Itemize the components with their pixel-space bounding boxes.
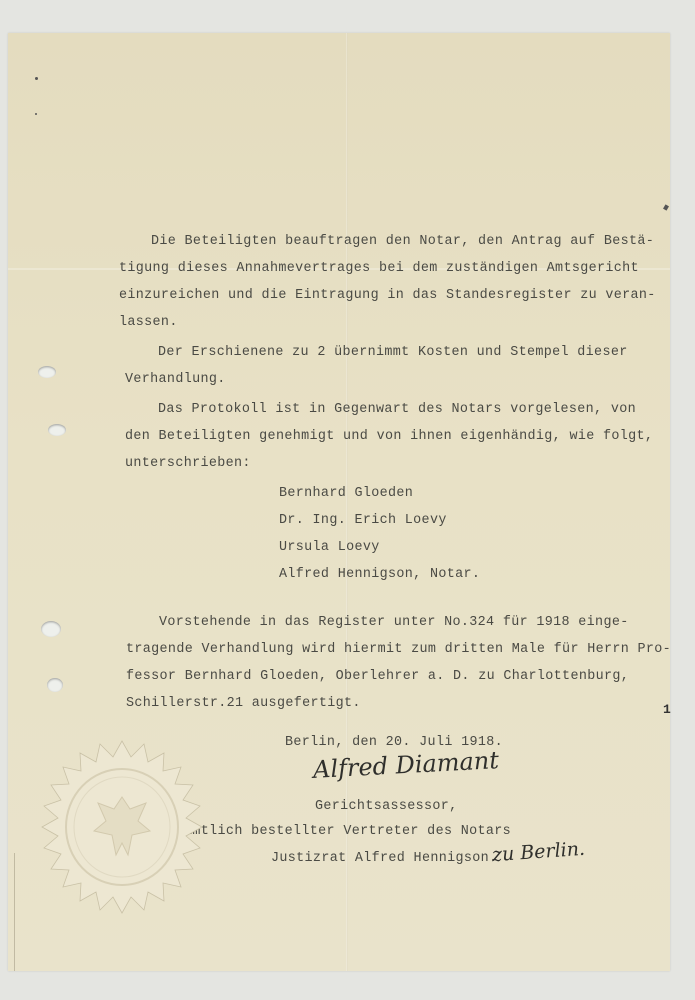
paragraph-line: Die Beteiligten beauftragen den Notar, d… — [151, 234, 654, 249]
page-edge — [14, 853, 15, 971]
paragraph-line: Schillerstr.21 ausgefertigt. — [126, 696, 361, 711]
signatory-name: Dr. Ing. Erich Loevy — [279, 513, 447, 528]
punch-hole — [38, 366, 56, 378]
punch-hole — [47, 678, 63, 692]
punch-hole — [41, 621, 61, 637]
margin-tick — [663, 204, 669, 210]
margin-mark: 1 — [663, 702, 671, 717]
signer-title: Gerichtsassessor, — [315, 799, 458, 814]
paragraph-line: Der Erschienene zu 2 übernimmt Kosten un… — [158, 345, 628, 360]
punch-hole — [48, 424, 66, 436]
paragraph-line: Verhandlung. — [125, 372, 226, 387]
document-page: Die Beteiligten beauftragen den Notar, d… — [8, 33, 670, 971]
signatory-name: Alfred Hennigson, Notar. — [279, 567, 480, 582]
paragraph-line: einzureichen und die Eintragung in das S… — [119, 288, 656, 303]
paragraph-line: unterschrieben: — [125, 456, 251, 471]
paragraph-line: tragende Verhandlung wird hiermit zum dr… — [126, 642, 671, 657]
handwritten-place: zu Berlin. — [491, 838, 585, 866]
signer-role: amtlich bestellter Vertreter des Notars — [184, 824, 511, 839]
paragraph-line: Vorstehende in das Register unter No.324… — [159, 615, 629, 630]
handwritten-signature: Alfred Diamant — [312, 746, 499, 784]
paragraph-line: fessor Bernhard Gloeden, Oberlehrer a. D… — [126, 669, 629, 684]
signatory-name: Ursula Loevy — [279, 540, 380, 555]
paragraph-line: lassen. — [119, 315, 178, 330]
signatory-name: Bernhard Gloeden — [279, 486, 413, 501]
ink-speck — [35, 77, 38, 80]
notary-line: Justizrat Alfred Hennigson. — [271, 851, 497, 866]
paragraph-line: den Beteiligten genehmigt und von ihnen … — [125, 429, 653, 444]
paragraph-line: Das Protokoll ist in Gegenwart des Notar… — [158, 402, 636, 417]
embossed-seal-icon — [34, 739, 210, 915]
ink-speck — [35, 113, 37, 115]
paragraph-line: tigung dieses Annahmevertrages bei dem z… — [119, 261, 639, 276]
